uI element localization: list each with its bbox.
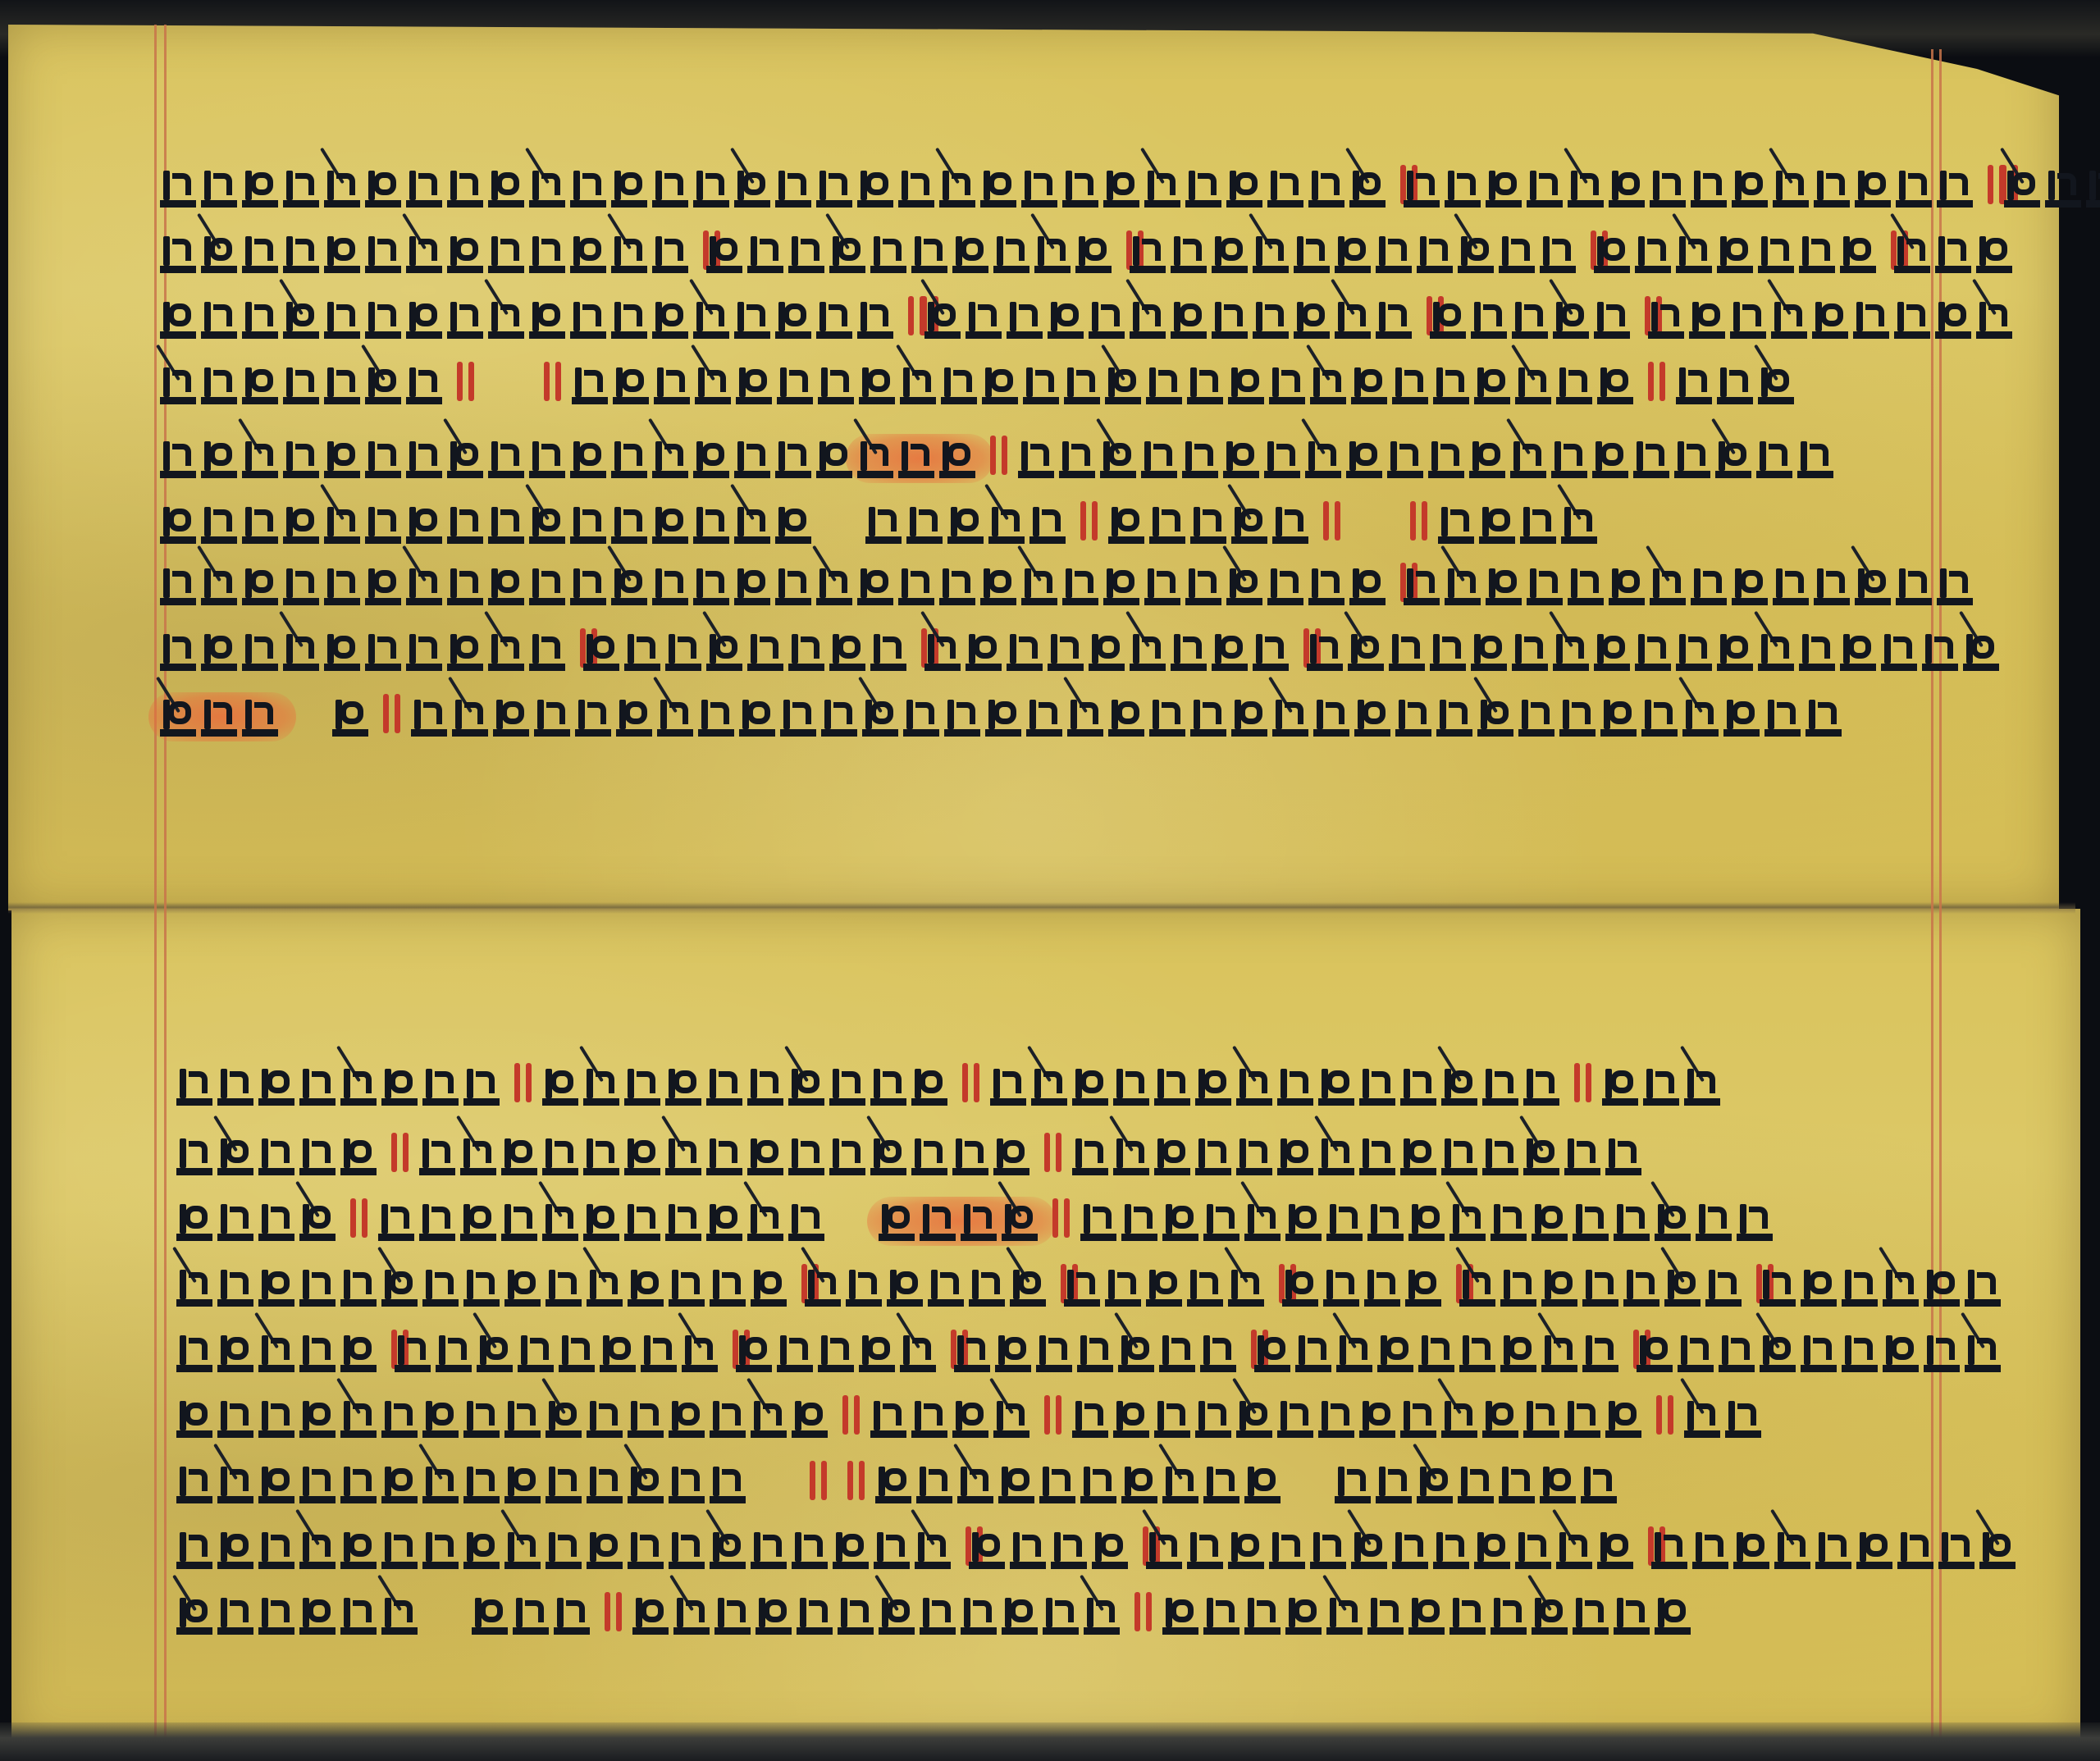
script-glyph xyxy=(1253,304,1289,339)
script-glyph xyxy=(1154,1071,1190,1106)
script-glyph xyxy=(1840,239,1876,273)
script-glyph xyxy=(1348,636,1384,671)
script-glyph xyxy=(1551,444,1587,478)
script-glyph xyxy=(710,1403,746,1438)
highlighted-word xyxy=(857,431,980,478)
script-glyph xyxy=(665,1071,701,1106)
script-glyph xyxy=(669,1403,705,1438)
script-glyph xyxy=(332,702,368,737)
script-glyph xyxy=(982,370,1018,404)
script-glyph xyxy=(775,304,811,339)
script-glyph xyxy=(447,509,483,544)
script-word xyxy=(411,689,1847,737)
script-glyph xyxy=(1894,304,1930,339)
script-glyph xyxy=(160,239,196,273)
script-glyph xyxy=(665,1207,701,1241)
script-glyph xyxy=(1272,509,1308,544)
red-double-danda xyxy=(541,357,565,404)
lower-leaf-line xyxy=(176,1521,1928,1569)
script-glyph xyxy=(217,1338,253,1372)
script-glyph xyxy=(242,509,278,544)
script-glyph xyxy=(283,239,319,273)
script-glyph xyxy=(1655,1600,1691,1635)
script-glyph xyxy=(2004,173,2040,208)
script-glyph xyxy=(859,370,895,404)
script-glyph xyxy=(447,173,483,208)
script-glyph xyxy=(1760,1272,1796,1307)
script-glyph xyxy=(1146,370,1182,404)
script-glyph xyxy=(1691,173,1727,208)
script-glyph xyxy=(1377,1338,1413,1372)
script-glyph xyxy=(1318,1403,1354,1438)
script-glyph xyxy=(1244,1469,1281,1503)
script-glyph xyxy=(1326,1600,1363,1635)
script-glyph xyxy=(324,304,360,339)
script-glyph xyxy=(1103,173,1139,208)
script-glyph xyxy=(969,1272,1005,1307)
script-glyph xyxy=(1458,239,1494,273)
script-word xyxy=(875,1456,1285,1503)
script-glyph xyxy=(546,1272,582,1307)
script-glyph xyxy=(1760,1338,1796,1372)
script-glyph xyxy=(939,173,975,208)
script-glyph xyxy=(1364,1272,1400,1307)
script-glyph xyxy=(570,239,606,273)
script-glyph xyxy=(1676,370,1712,404)
script-glyph xyxy=(570,571,606,605)
script-glyph xyxy=(1282,1272,1318,1307)
script-glyph xyxy=(340,1338,377,1372)
script-glyph xyxy=(340,1469,377,1503)
script-glyph xyxy=(734,571,770,605)
script-glyph xyxy=(1264,444,1300,478)
script-glyph xyxy=(1896,173,1932,208)
script-glyph xyxy=(1441,1403,1477,1438)
script-glyph xyxy=(1682,702,1719,737)
red-double-danda xyxy=(601,1587,626,1635)
script-glyph xyxy=(900,1338,936,1372)
script-glyph xyxy=(1600,702,1637,737)
script-glyph xyxy=(710,1469,746,1503)
script-glyph xyxy=(1400,1403,1436,1438)
upper-leaf-line xyxy=(160,291,1928,339)
script-glyph xyxy=(857,571,893,605)
lower-leaf-line xyxy=(176,1128,1928,1175)
script-glyph xyxy=(1244,1207,1281,1241)
script-glyph xyxy=(775,173,811,208)
script-glyph xyxy=(734,173,770,208)
script-glyph xyxy=(1203,1207,1239,1241)
script-glyph xyxy=(1021,173,1057,208)
script-glyph xyxy=(1717,239,1753,273)
script-glyph xyxy=(1594,636,1630,671)
script-glyph xyxy=(1937,571,1973,605)
script-glyph xyxy=(1002,1600,1038,1635)
script-glyph xyxy=(299,1207,336,1241)
script-glyph xyxy=(1963,636,1999,671)
script-glyph xyxy=(1154,1403,1190,1438)
script-glyph xyxy=(1430,304,1466,339)
script-glyph xyxy=(928,1272,964,1307)
script-glyph xyxy=(1689,304,1725,339)
script-glyph xyxy=(447,444,483,478)
script-glyph xyxy=(258,1469,294,1503)
script-glyph xyxy=(1121,1207,1157,1241)
lower-leaf-line xyxy=(176,1325,1928,1372)
script-glyph xyxy=(1253,636,1289,671)
script-glyph xyxy=(488,444,524,478)
script-glyph xyxy=(1602,1071,1638,1106)
script-glyph xyxy=(2086,173,2100,208)
script-glyph xyxy=(788,1071,824,1106)
script-glyph xyxy=(1018,444,1054,478)
script-glyph xyxy=(406,173,442,208)
script-glyph xyxy=(1417,239,1453,273)
script-glyph xyxy=(1190,702,1226,737)
script-glyph xyxy=(1441,1071,1477,1106)
script-glyph xyxy=(1313,702,1349,737)
script-glyph xyxy=(587,1403,623,1438)
script-glyph xyxy=(242,370,278,404)
script-glyph xyxy=(1105,1272,1141,1307)
script-glyph xyxy=(821,702,857,737)
script-glyph xyxy=(1692,1535,1728,1569)
script-glyph xyxy=(1568,173,1604,208)
script-glyph xyxy=(1641,702,1678,737)
script-glyph xyxy=(1277,1141,1313,1175)
script-glyph xyxy=(1532,1207,1568,1241)
script-word xyxy=(1651,1521,1774,1569)
script-glyph xyxy=(542,1071,578,1106)
lower-leaf-line xyxy=(176,1058,1928,1106)
script-glyph xyxy=(1367,1207,1404,1241)
script-glyph xyxy=(1527,571,1563,605)
script-glyph xyxy=(829,239,865,273)
script-glyph xyxy=(176,1600,212,1635)
script-glyph xyxy=(1029,509,1066,544)
script-glyph xyxy=(340,1403,377,1438)
script-glyph xyxy=(1294,304,1330,339)
script-glyph xyxy=(1072,1403,1108,1438)
script-glyph xyxy=(1573,1207,1609,1241)
script-glyph xyxy=(1896,571,1932,605)
script-glyph xyxy=(673,1600,710,1635)
script-glyph xyxy=(739,702,775,737)
script-glyph xyxy=(1597,370,1633,404)
script-glyph xyxy=(1764,702,1801,737)
script-glyph xyxy=(1582,1272,1618,1307)
script-glyph xyxy=(1154,1141,1190,1175)
script-glyph xyxy=(1335,1469,1371,1503)
script-glyph xyxy=(1392,1535,1428,1569)
script-glyph xyxy=(1605,1141,1641,1175)
script-glyph xyxy=(710,1272,746,1307)
script-glyph xyxy=(217,1403,253,1438)
script-glyph xyxy=(966,304,1002,339)
script-glyph xyxy=(381,1469,418,1503)
script-glyph xyxy=(1500,1272,1536,1307)
script-glyph xyxy=(1026,702,1062,737)
script-glyph xyxy=(447,571,483,605)
script-glyph xyxy=(788,636,824,671)
script-glyph xyxy=(1430,636,1466,671)
script-glyph xyxy=(957,1469,993,1503)
script-glyph xyxy=(1614,1207,1650,1241)
script-glyph xyxy=(1564,1403,1600,1438)
script-glyph xyxy=(1294,239,1330,273)
script-glyph xyxy=(706,239,742,273)
script-glyph xyxy=(924,304,961,339)
script-glyph xyxy=(879,1600,915,1635)
script-glyph xyxy=(1471,304,1507,339)
script-glyph xyxy=(201,702,237,737)
script-glyph xyxy=(1236,1141,1272,1175)
script-glyph xyxy=(1295,1338,1331,1372)
script-glyph xyxy=(201,571,237,605)
script-glyph xyxy=(1062,571,1098,605)
script-glyph xyxy=(1367,1600,1404,1635)
script-glyph xyxy=(775,444,811,478)
script-glyph xyxy=(1039,1469,1075,1503)
script-glyph xyxy=(1438,509,1474,544)
script-glyph xyxy=(1307,636,1343,671)
script-glyph xyxy=(952,1141,988,1175)
script-glyph xyxy=(1541,1338,1577,1372)
script-glyph xyxy=(1732,173,1768,208)
script-glyph xyxy=(324,444,360,478)
script-glyph xyxy=(1285,1600,1322,1635)
script-word xyxy=(1594,226,1881,273)
script-glyph xyxy=(1308,173,1344,208)
script-glyph xyxy=(570,304,606,339)
script-glyph xyxy=(1648,304,1684,339)
script-glyph xyxy=(1010,1535,1046,1569)
script-glyph xyxy=(952,1403,988,1438)
script-glyph xyxy=(611,509,647,544)
script-glyph xyxy=(365,304,401,339)
script-glyph xyxy=(1244,1600,1281,1635)
script-glyph xyxy=(1146,1272,1182,1307)
script-glyph xyxy=(1064,370,1100,404)
script-glyph xyxy=(829,1141,865,1175)
script-word xyxy=(1430,291,1635,339)
script-glyph xyxy=(611,304,647,339)
script-glyph xyxy=(1684,1071,1720,1106)
script-glyph xyxy=(518,1338,554,1372)
manuscript-photo xyxy=(0,0,2100,1761)
script-glyph xyxy=(1449,1600,1486,1635)
script-glyph xyxy=(1048,636,1084,671)
script-glyph xyxy=(447,304,483,339)
script-glyph xyxy=(258,1272,294,1307)
script-glyph xyxy=(1023,370,1059,404)
script-glyph xyxy=(961,1207,997,1241)
script-glyph xyxy=(1346,444,1382,478)
script-glyph xyxy=(1310,1535,1346,1569)
script-glyph xyxy=(616,702,652,737)
script-glyph xyxy=(1376,1469,1412,1503)
script-glyph xyxy=(998,1469,1034,1503)
script-glyph xyxy=(1002,1207,1038,1241)
script-glyph xyxy=(340,1600,377,1635)
script-glyph xyxy=(501,1141,537,1175)
script-word xyxy=(736,1325,941,1372)
script-glyph xyxy=(777,1338,813,1372)
script-glyph xyxy=(952,239,988,273)
script-glyph xyxy=(611,444,647,478)
script-glyph xyxy=(1146,1535,1182,1569)
script-glyph xyxy=(993,1403,1029,1438)
script-word xyxy=(1637,1325,2006,1372)
red-double-danda xyxy=(959,1058,984,1106)
script-glyph xyxy=(870,239,906,273)
script-glyph xyxy=(1650,173,1686,208)
script-glyph xyxy=(624,1141,660,1175)
script-glyph xyxy=(559,1338,595,1372)
script-glyph xyxy=(542,1207,578,1241)
script-glyph xyxy=(734,444,770,478)
script-glyph xyxy=(1036,1338,1072,1372)
script-glyph xyxy=(624,636,660,671)
script-glyph xyxy=(299,1338,336,1372)
script-glyph xyxy=(816,444,852,478)
script-word xyxy=(805,1259,1051,1307)
script-glyph xyxy=(529,571,565,605)
script-glyph xyxy=(874,1535,910,1569)
script-glyph xyxy=(1477,702,1513,737)
script-glyph xyxy=(1253,239,1289,273)
script-glyph xyxy=(1691,571,1727,605)
script-glyph xyxy=(299,1272,336,1307)
script-glyph xyxy=(1568,571,1604,605)
script-glyph xyxy=(1254,1338,1290,1372)
script-word xyxy=(160,623,570,671)
script-glyph xyxy=(299,1403,336,1438)
script-glyph xyxy=(1376,239,1412,273)
script-glyph xyxy=(1359,1071,1395,1106)
script-glyph xyxy=(1236,1071,1272,1106)
script-glyph xyxy=(1474,1535,1510,1569)
script-glyph xyxy=(283,444,319,478)
script-glyph xyxy=(941,370,977,404)
script-glyph xyxy=(160,444,196,478)
script-glyph xyxy=(406,636,442,671)
script-word xyxy=(1648,291,2017,339)
script-glyph xyxy=(695,370,731,404)
script-glyph xyxy=(447,636,483,671)
script-glyph xyxy=(805,1272,841,1307)
script-glyph xyxy=(570,509,606,544)
script-glyph xyxy=(1605,1403,1641,1438)
script-word xyxy=(1760,1259,2006,1307)
red-double-danda xyxy=(1653,1390,1678,1438)
script-glyph xyxy=(1187,1535,1223,1569)
script-glyph xyxy=(1499,239,1535,273)
script-glyph xyxy=(1445,571,1481,605)
script-glyph xyxy=(546,1535,582,1569)
script-glyph xyxy=(693,173,729,208)
script-glyph xyxy=(1269,1535,1305,1569)
script-glyph xyxy=(381,1403,418,1438)
script-word xyxy=(1282,1259,1446,1307)
script-glyph xyxy=(915,1535,951,1569)
script-glyph xyxy=(1553,636,1589,671)
red-double-danda xyxy=(1571,1058,1596,1106)
script-glyph xyxy=(870,636,906,671)
script-glyph xyxy=(176,1469,212,1503)
script-glyph xyxy=(1007,304,1043,339)
script-word xyxy=(1072,1128,1646,1175)
script-glyph xyxy=(920,1600,956,1635)
script-glyph xyxy=(1553,304,1589,339)
red-double-danda xyxy=(1407,496,1431,544)
script-glyph xyxy=(969,1535,1005,1569)
script-glyph xyxy=(1556,370,1592,404)
script-glyph xyxy=(201,239,237,273)
script-glyph xyxy=(1077,1338,1113,1372)
plastic-sleeve-edge xyxy=(0,1722,2100,1761)
script-glyph xyxy=(1797,444,1833,478)
script-glyph xyxy=(1491,1207,1527,1241)
script-glyph xyxy=(160,702,196,737)
script-word xyxy=(176,1521,956,1569)
left-margin-rule xyxy=(154,25,157,1747)
script-glyph xyxy=(993,239,1029,273)
script-glyph xyxy=(747,1071,783,1106)
script-glyph xyxy=(788,239,824,273)
script-glyph xyxy=(1212,304,1248,339)
script-glyph xyxy=(1113,1141,1149,1175)
script-glyph xyxy=(176,1403,212,1438)
script-glyph xyxy=(340,1535,377,1569)
script-glyph xyxy=(706,1141,742,1175)
script-glyph xyxy=(575,702,611,737)
script-glyph xyxy=(1007,636,1043,671)
script-glyph xyxy=(777,370,813,404)
script-glyph xyxy=(1267,173,1303,208)
script-glyph xyxy=(600,1338,636,1372)
script-glyph xyxy=(682,1338,718,1372)
script-glyph xyxy=(283,509,319,544)
script-glyph xyxy=(1474,370,1510,404)
script-glyph xyxy=(665,1141,701,1175)
script-glyph xyxy=(1540,239,1576,273)
script-word xyxy=(1684,1390,1766,1438)
script-word xyxy=(924,291,1417,339)
script-glyph xyxy=(1853,304,1889,339)
script-glyph xyxy=(1855,173,1891,208)
script-glyph xyxy=(1277,1071,1313,1106)
script-glyph xyxy=(747,1141,783,1175)
script-glyph xyxy=(1084,1600,1120,1635)
lower-leaf-line xyxy=(176,1456,1928,1503)
script-glyph xyxy=(340,1272,377,1307)
script-glyph xyxy=(829,636,865,671)
red-double-danda xyxy=(1077,496,1102,544)
script-glyph xyxy=(1937,173,1973,208)
script-glyph xyxy=(1335,304,1371,339)
red-double-danda xyxy=(1049,1193,1074,1241)
script-glyph xyxy=(1231,509,1267,544)
script-glyph xyxy=(1113,1071,1149,1106)
script-glyph xyxy=(751,1403,787,1438)
script-glyph xyxy=(1103,571,1139,605)
script-glyph xyxy=(529,304,565,339)
script-glyph xyxy=(1523,1071,1559,1106)
script-glyph xyxy=(903,702,939,737)
script-glyph xyxy=(1581,1469,1617,1503)
red-double-danda xyxy=(1320,496,1344,544)
